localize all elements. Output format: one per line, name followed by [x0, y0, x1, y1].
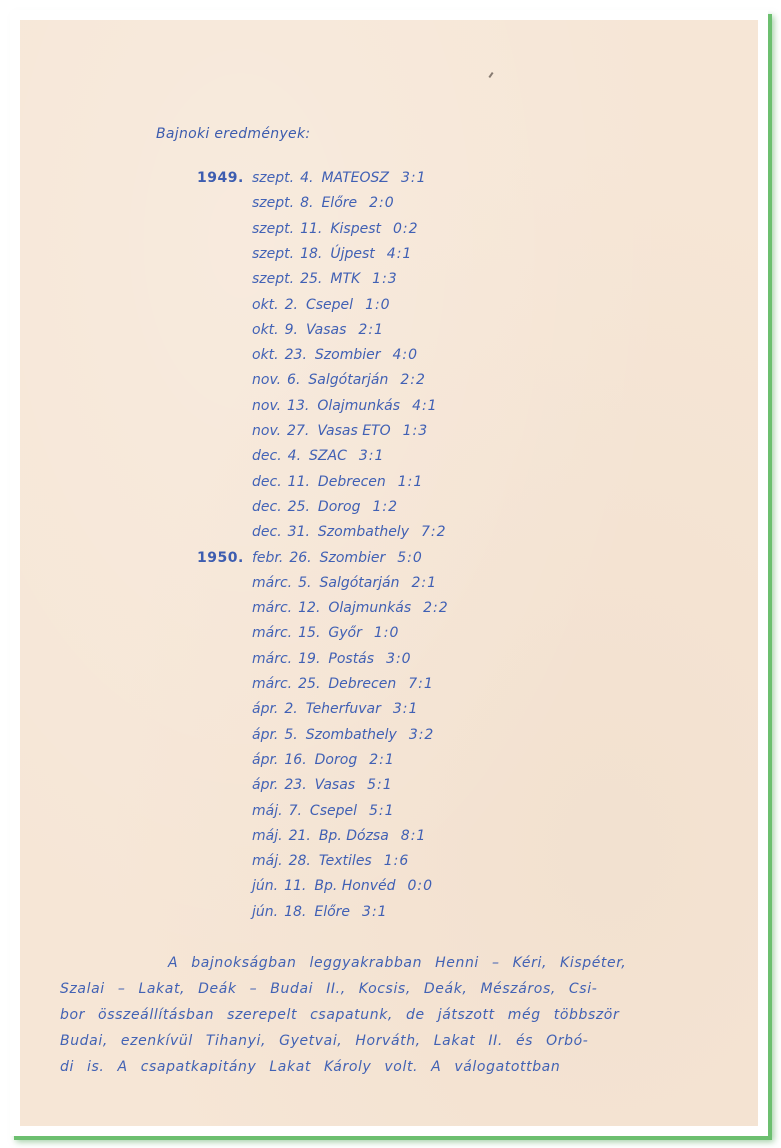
match-entry: márc.25.Debrecen7:1	[252, 676, 434, 692]
opponent-name: Újpest	[330, 246, 374, 262]
match-entry: nov.27.Vasas ETO1:3	[252, 423, 428, 439]
match-entry: dec.4.SZAC3:1	[252, 448, 384, 464]
match-month: ápr.	[252, 752, 278, 768]
match-score: 0:0	[408, 878, 434, 894]
opponent-name: Textiles	[319, 853, 372, 869]
match-entry: máj.21.Bp. Dózsa8:1	[252, 828, 426, 844]
opponent-name: Szombier	[320, 550, 386, 566]
match-entry: ápr.2.Teherfuvar3:1	[252, 701, 418, 717]
match-entry: jún.11.Bp. Honvéd0:0	[252, 878, 433, 894]
match-entry: okt.23.Szombier4:0	[252, 347, 418, 363]
match-score: 1:6	[384, 853, 410, 869]
match-score: 1:3	[372, 271, 398, 287]
opponent-name: MATEOSZ	[321, 170, 389, 186]
match-day: 25.	[300, 271, 322, 287]
match-entry: dec.25.Dorog1:2	[252, 499, 398, 515]
match-month: ápr.	[252, 701, 278, 717]
match-score: 7:1	[408, 676, 434, 692]
match-score: 4:1	[387, 246, 413, 262]
match-score: 2:1	[411, 575, 437, 591]
match-entry: ápr.23.Vasas5:1	[252, 777, 393, 793]
match-entry: szept.25.MTK1:3	[252, 271, 398, 287]
opponent-name: Olajmunkás	[317, 398, 400, 414]
match-month: nov.	[252, 398, 281, 414]
match-day: 4.	[300, 170, 313, 186]
match-day: 18.	[300, 246, 322, 262]
match-score: 2:0	[369, 195, 395, 211]
opponent-name: Dorog	[315, 752, 358, 768]
match-score: 5:1	[367, 777, 393, 793]
match-score: 1:1	[398, 474, 424, 490]
opponent-name: Salgótarján	[308, 372, 388, 388]
match-month: ápr.	[252, 727, 278, 743]
match-entry: máj.7.Csepel5:1	[252, 803, 395, 819]
match-entry: márc.19.Postás3:0	[252, 651, 412, 667]
match-score: 3:1	[362, 904, 388, 920]
match-score: 1:0	[365, 297, 391, 313]
opponent-name: Csepel	[310, 803, 357, 819]
match-day: 8.	[300, 195, 313, 211]
match-day: 25.	[288, 499, 310, 515]
paragraph-line: A bajnokságban leggyakrabban Henni – Kér…	[60, 950, 740, 976]
match-day: 16.	[284, 752, 306, 768]
match-entry: okt.2.Csepel1:0	[252, 297, 391, 313]
match-day: 2.	[285, 297, 298, 313]
match-entry: nov.13.Olajmunkás4:1	[252, 398, 438, 414]
match-day: 21.	[289, 828, 311, 844]
match-entry: dec.31.Szombathely7:2	[252, 524, 447, 540]
match-day: 13.	[287, 398, 309, 414]
match-month: máj.	[252, 803, 283, 819]
match-month: dec.	[252, 448, 282, 464]
opponent-name: Postás	[328, 651, 374, 667]
opponent-name: Győr	[328, 625, 361, 641]
match-score: 3:1	[359, 448, 385, 464]
match-day: 5.	[298, 575, 311, 591]
match-score: 0:2	[393, 221, 419, 237]
match-score: 8:1	[401, 828, 427, 844]
handwritten-page: Bajnoki eredmények: 1949.szept.4.MATEOSZ…	[20, 20, 758, 1126]
match-score: 5:1	[369, 803, 395, 819]
match-month: márc.	[252, 651, 292, 667]
opponent-name: Szombathely	[318, 524, 409, 540]
opponent-name: Bp. Dózsa	[319, 828, 389, 844]
match-month: máj.	[252, 828, 283, 844]
match-entry: szept.8.Előre2:0	[252, 195, 395, 211]
opponent-name: Előre	[321, 195, 357, 211]
match-day: 25.	[298, 676, 320, 692]
match-score: 3:1	[393, 701, 419, 717]
opponent-name: Bp. Honvéd	[314, 878, 395, 894]
match-month: szept.	[252, 271, 294, 287]
match-month: jún.	[252, 904, 278, 920]
match-month: szept.	[252, 221, 294, 237]
match-entry: márc.12.Olajmunkás2:2	[252, 600, 449, 616]
match-day: 11.	[300, 221, 322, 237]
opponent-name: Teherfuvar	[306, 701, 381, 717]
paragraph-line: di is. A csapatkapitány Lakat Károly vol…	[60, 1054, 740, 1080]
match-entry: máj.28.Textiles1:6	[252, 853, 409, 869]
opponent-name: Vasas	[306, 322, 346, 338]
match-month: febr.	[252, 550, 283, 566]
opponent-name: Olajmunkás	[328, 600, 411, 616]
match-day: 4.	[288, 448, 301, 464]
match-month: máj.	[252, 853, 283, 869]
match-score: 2:2	[400, 372, 426, 388]
opponent-name: Vasas ETO	[317, 423, 390, 439]
match-day: 23.	[284, 777, 306, 793]
match-month: ápr.	[252, 777, 278, 793]
opponent-name: Szombathely	[306, 727, 397, 743]
match-day: 26.	[289, 550, 311, 566]
match-entry: szept.11.Kispest0:2	[252, 221, 419, 237]
match-day: 12.	[298, 600, 320, 616]
opponent-name: Kispest	[330, 221, 381, 237]
match-month: márc.	[252, 625, 292, 641]
match-score: 1:0	[374, 625, 400, 641]
match-entry: febr.26.Szombier5:0	[252, 550, 423, 566]
paragraph-line: Budai, ezenkívül Tihanyi, Gyetvai, Horvá…	[60, 1028, 740, 1054]
match-score: 3:1	[401, 170, 427, 186]
opponent-name: Debrecen	[328, 676, 396, 692]
match-score: 4:0	[392, 347, 418, 363]
match-day: 11.	[288, 474, 310, 490]
match-entry: jún.18.Előre3:1	[252, 904, 388, 920]
paragraph-line: Szalai – Lakat, Deák – Budai II., Kocsis…	[60, 976, 740, 1002]
match-entry: ápr.5.Szombathely3:2	[252, 727, 434, 743]
page-heading: Bajnoki eredmények:	[156, 126, 310, 142]
match-score: 2:2	[423, 600, 449, 616]
match-month: szept.	[252, 170, 294, 186]
match-day: 6.	[287, 372, 300, 388]
match-day: 9.	[285, 322, 298, 338]
match-score: 3:0	[386, 651, 412, 667]
match-score: 7:2	[421, 524, 447, 540]
opponent-name: Dorog	[318, 499, 361, 515]
match-day: 18.	[284, 904, 306, 920]
opponent-name: Debrecen	[318, 474, 386, 490]
season-year: 1950.	[197, 550, 244, 566]
match-month: szept.	[252, 246, 294, 262]
paragraph-line: bor összeállításban szerepelt csapatunk,…	[60, 1002, 740, 1028]
opponent-name: Vasas	[315, 777, 355, 793]
opponent-name: Csepel	[306, 297, 353, 313]
summary-paragraph: A bajnokságban leggyakrabban Henni – Kér…	[60, 950, 740, 1080]
paper-speck	[488, 72, 493, 78]
match-month: dec.	[252, 499, 282, 515]
match-day: 11.	[284, 878, 306, 894]
match-entry: márc.5.Salgótarján2:1	[252, 575, 437, 591]
match-score: 2:1	[358, 322, 384, 338]
match-score: 2:1	[369, 752, 395, 768]
match-month: dec.	[252, 524, 282, 540]
page-frame: Bajnoki eredmények: 1949.szept.4.MATEOSZ…	[10, 10, 768, 1136]
match-day: 7.	[289, 803, 302, 819]
match-entry: nov.6.Salgótarján2:2	[252, 372, 426, 388]
match-score: 4:1	[412, 398, 438, 414]
match-day: 31.	[288, 524, 310, 540]
match-score: 3:2	[409, 727, 435, 743]
match-month: márc.	[252, 575, 292, 591]
match-month: jún.	[252, 878, 278, 894]
opponent-name: MTK	[330, 271, 360, 287]
match-day: 28.	[289, 853, 311, 869]
match-entry: dec.11.Debrecen1:1	[252, 474, 423, 490]
opponent-name: Szombier	[315, 347, 381, 363]
match-month: szept.	[252, 195, 294, 211]
match-entry: ápr.16.Dorog2:1	[252, 752, 395, 768]
opponent-name: SZAC	[309, 448, 347, 464]
match-entry: márc.15.Győr1:0	[252, 625, 399, 641]
season-year: 1949.	[197, 170, 244, 186]
match-day: 15.	[298, 625, 320, 641]
match-month: okt.	[252, 297, 279, 313]
match-month: márc.	[252, 600, 292, 616]
match-month: nov.	[252, 423, 281, 439]
match-entry: szept.18.Újpest4:1	[252, 246, 412, 262]
opponent-name: Salgótarján	[319, 575, 399, 591]
match-score: 5:0	[397, 550, 423, 566]
match-score: 1:2	[372, 499, 398, 515]
match-day: 23.	[285, 347, 307, 363]
match-month: nov.	[252, 372, 281, 388]
match-entry: szept.4.MATEOSZ3:1	[252, 170, 427, 186]
match-day: 2.	[284, 701, 297, 717]
match-day: 5.	[284, 727, 297, 743]
match-month: okt.	[252, 347, 279, 363]
match-month: dec.	[252, 474, 282, 490]
match-day: 19.	[298, 651, 320, 667]
match-month: okt.	[252, 322, 279, 338]
match-day: 27.	[287, 423, 309, 439]
match-score: 1:3	[403, 423, 429, 439]
match-entry: okt.9.Vasas2:1	[252, 322, 384, 338]
opponent-name: Előre	[314, 904, 350, 920]
match-month: márc.	[252, 676, 292, 692]
